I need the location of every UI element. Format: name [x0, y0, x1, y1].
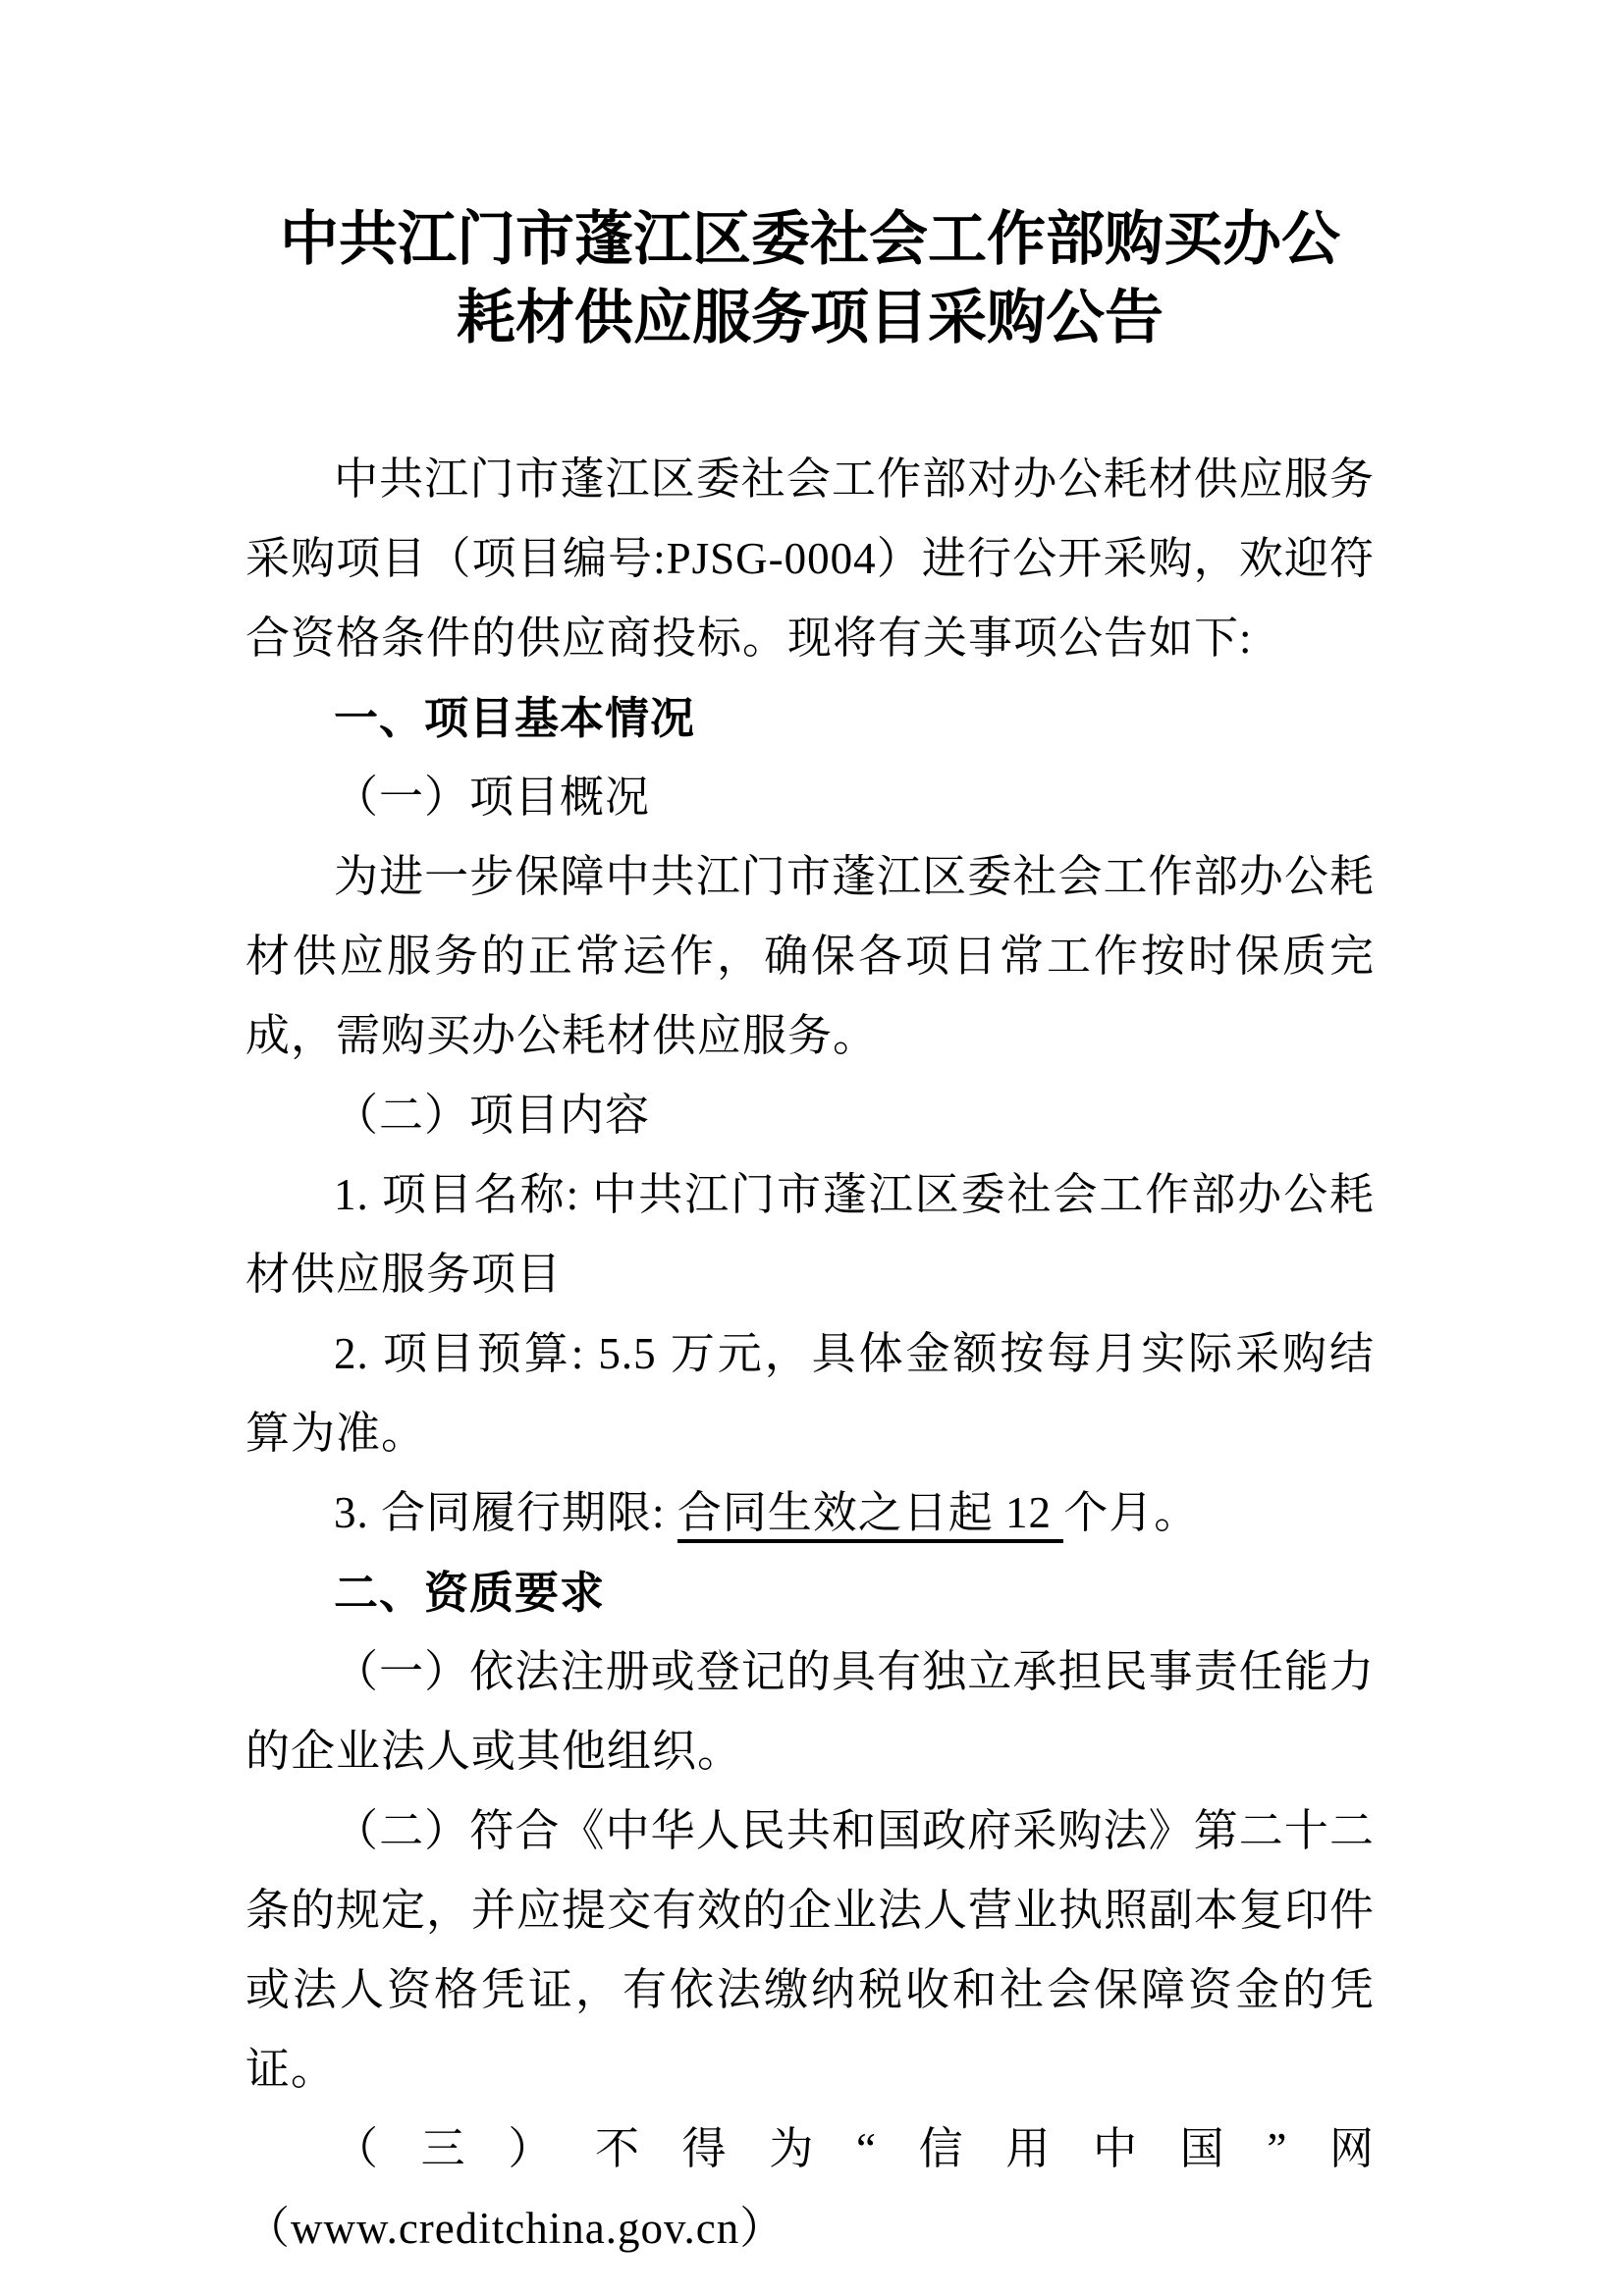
contract-term-underlined-value: 合同生效之日起 12: [677, 1488, 1064, 1543]
document-title-line-2: 耗材供应服务项目采购公告: [245, 279, 1375, 357]
document-page: 中共江门市蓬江区委社会工作部购买办公耗材供应服务项目采购公告 中共江门市蓬江区委…: [0, 0, 1624, 2296]
qualification-item-3: （三）不得为“信用中国”网（www.creditchina.gov.cn）: [245, 2109, 1375, 2269]
intro-paragraph: 中共江门市蓬江区委社会工作部对办公耗材供应服务采购项目（项目编号:PJSG-00…: [245, 440, 1375, 678]
contract-term-suffix: 个月。: [1063, 1488, 1199, 1537]
section-1-sub-1-heading: （一）项目概况: [245, 758, 1375, 837]
section-1-heading: 一、项目基本情况: [245, 678, 1375, 758]
section-1-sub-1-body: 为进一步保障中共江门市蓬江区委社会工作部办公耗材供应服务的正常运作，确保各项日常…: [245, 837, 1375, 1076]
contract-term-label: 3. 合同履行期限:: [334, 1488, 677, 1537]
document-body: 中共江门市蓬江区委社会工作部对办公耗材供应服务采购项目（项目编号:PJSG-00…: [245, 440, 1375, 2269]
project-name-item: 1. 项目名称: 中共江门市蓬江区委社会工作部办公耗材供应服务项目: [245, 1155, 1375, 1314]
section-1-sub-2-heading: （二）项目内容: [245, 1076, 1375, 1155]
document-title-line-1: 中共江门市蓬江区委社会工作部购买办公: [245, 200, 1375, 279]
contract-term-item: 3. 合同履行期限: 合同生效之日起 12 个月。: [245, 1473, 1375, 1553]
section-2-heading: 二、资质要求: [245, 1553, 1375, 1632]
document-title: 中共江门市蓬江区委社会工作部购买办公耗材供应服务项目采购公告: [245, 200, 1375, 357]
project-budget-item: 2. 项目预算: 5.5 万元，具体金额按每月实际采购结算为准。: [245, 1314, 1375, 1473]
qualification-item-2: （二）符合《中华人民共和国政府采购法》第二十二条的规定，并应提交有效的企业法人营…: [245, 1791, 1375, 2109]
qualification-item-1: （一）依法注册或登记的具有独立承担民事责任能力的企业法人或其他组织。: [245, 1632, 1375, 1791]
